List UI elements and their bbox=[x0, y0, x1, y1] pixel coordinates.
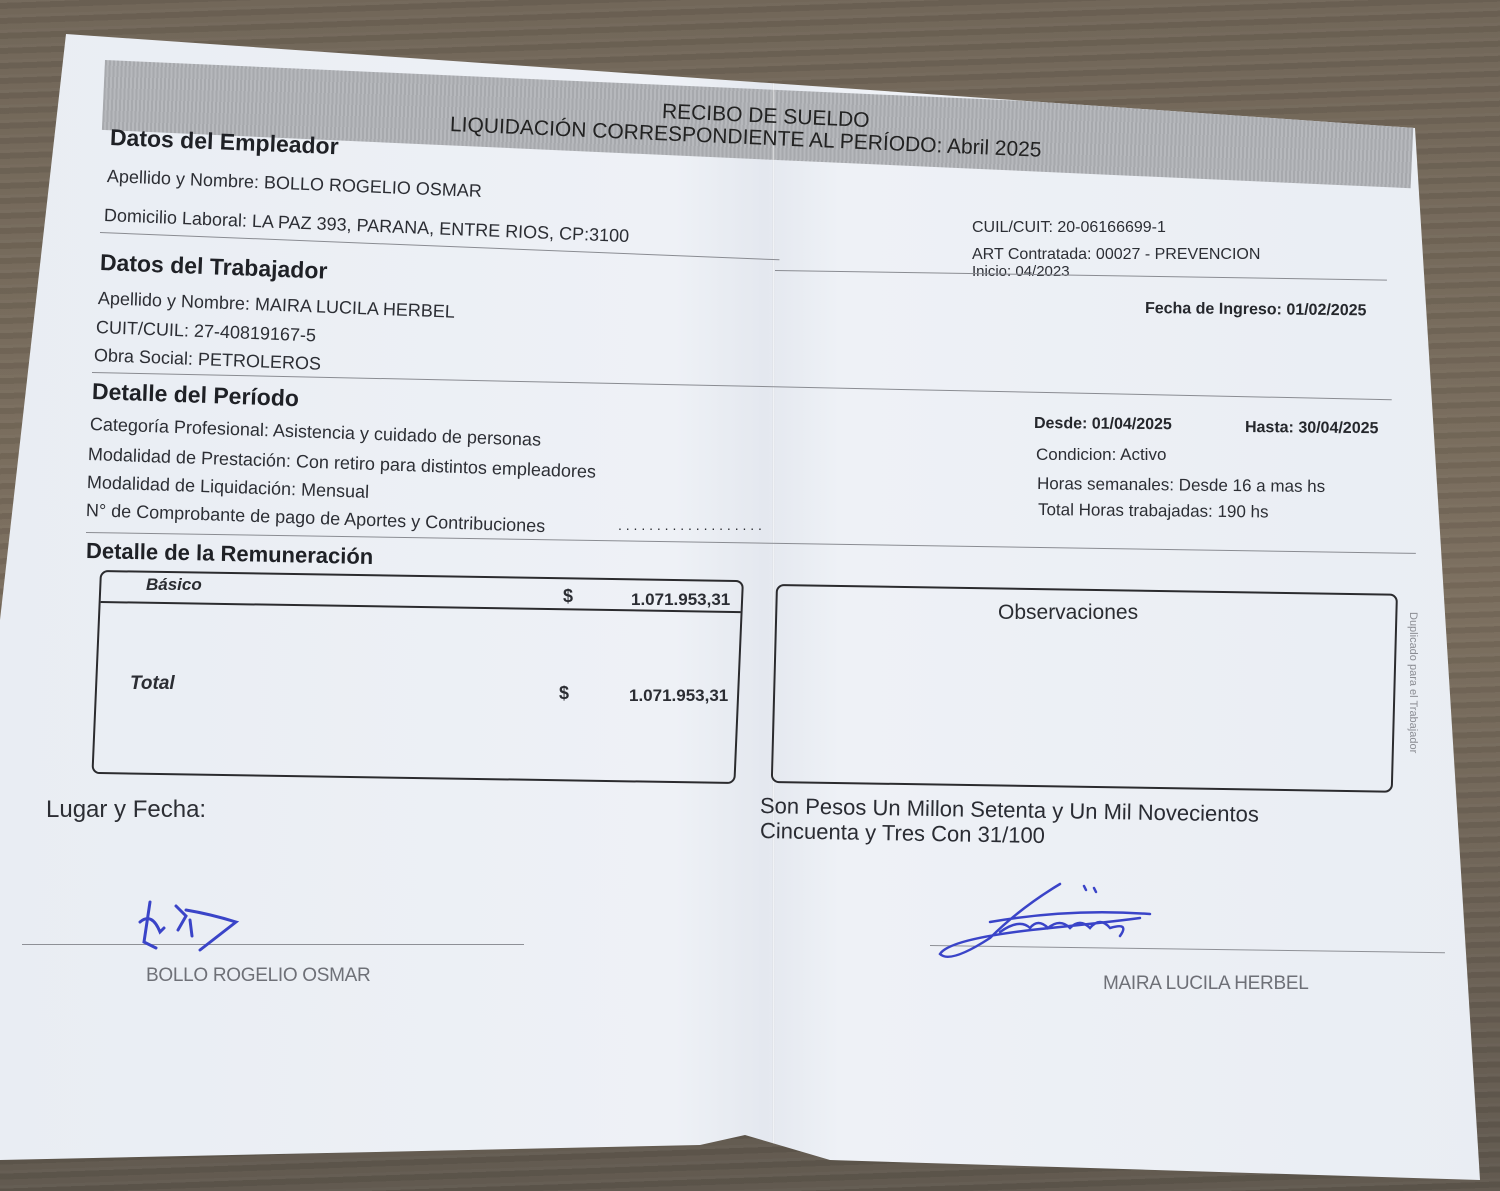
remuneration-heading: Detalle de la Remuneración bbox=[86, 538, 374, 570]
total-label: Total bbox=[130, 673, 175, 695]
art-provider: ART Contratada: 00027 - PREVENCION bbox=[972, 246, 1260, 264]
duplicate-note: Duplicado para el Trabajador bbox=[1407, 612, 1419, 753]
hire-date: Fecha de Ingreso: 01/02/2025 bbox=[1145, 300, 1367, 320]
currency-basic: $ bbox=[563, 586, 573, 607]
employer-signature-name: BOLLO ROGELIO OSMAR bbox=[146, 965, 370, 987]
settlement-mode: Modalidad de Liquidación: Mensual bbox=[87, 472, 370, 503]
amount-basic: 1.071.953,31 bbox=[631, 590, 730, 610]
total-amount: 1.071.953,31 bbox=[629, 686, 728, 706]
employer-name: Apellido y Nombre: BOLLO ROGELIO OSMAR bbox=[107, 166, 483, 202]
employment-condition: Condicion: Activo bbox=[1036, 445, 1166, 465]
employer-address: Domicilio Laboral: LA PAZ 393, PARANA, E… bbox=[104, 205, 630, 247]
place-date-label: Lugar y Fecha: bbox=[46, 796, 206, 824]
period-to: Hasta: 30/04/2025 bbox=[1245, 419, 1379, 438]
observations-heading: Observaciones bbox=[998, 601, 1138, 625]
divider bbox=[775, 270, 1387, 281]
amount-in-words-line2: Cincuenta y Tres Con 31/100 bbox=[760, 818, 1045, 849]
professional-category: Categoría Profesional: Asistencia y cuid… bbox=[90, 414, 542, 451]
weekly-hours: Horas semanales: Desde 16 a mas hs bbox=[1037, 474, 1325, 497]
worker-signature bbox=[930, 878, 1160, 968]
employer-signature-line bbox=[22, 944, 524, 945]
employer-cuit: CUIL/CUIT: 20-06166699-1 bbox=[972, 219, 1166, 237]
worker-signature-name: MAIRA LUCILA HERBEL bbox=[1103, 973, 1309, 995]
period-heading: Detalle del Período bbox=[92, 378, 300, 412]
contribution-receipt-value: . . . . . . . . . . . . . . . . . . . bbox=[618, 517, 762, 533]
payslip-paper: RECIBO DE SUELDO LIQUIDACIÓN CORRESPONDI… bbox=[0, 0, 1500, 1191]
worker-name: Apellido y Nombre: MAIRA LUCILA HERBEL bbox=[98, 288, 456, 323]
worker-cuil: CUIT/CUIL: 27-40819167-5 bbox=[96, 317, 317, 346]
art-start: Inicio: 04/2023 bbox=[972, 263, 1070, 280]
total-hours: Total Horas trabajadas: 190 hs bbox=[1038, 500, 1269, 522]
total-currency: $ bbox=[559, 683, 569, 704]
worker-heading: Datos del Trabajador bbox=[99, 249, 327, 285]
concept-basic: Básico bbox=[146, 575, 202, 595]
employer-signature bbox=[130, 892, 250, 962]
period-from: Desde: 01/04/2025 bbox=[1034, 415, 1172, 434]
contribution-receipt-label: N° de Comprobante de pago de Aportes y C… bbox=[86, 500, 546, 537]
worker-health-insurance: Obra Social: PETROLEROS bbox=[94, 345, 322, 375]
